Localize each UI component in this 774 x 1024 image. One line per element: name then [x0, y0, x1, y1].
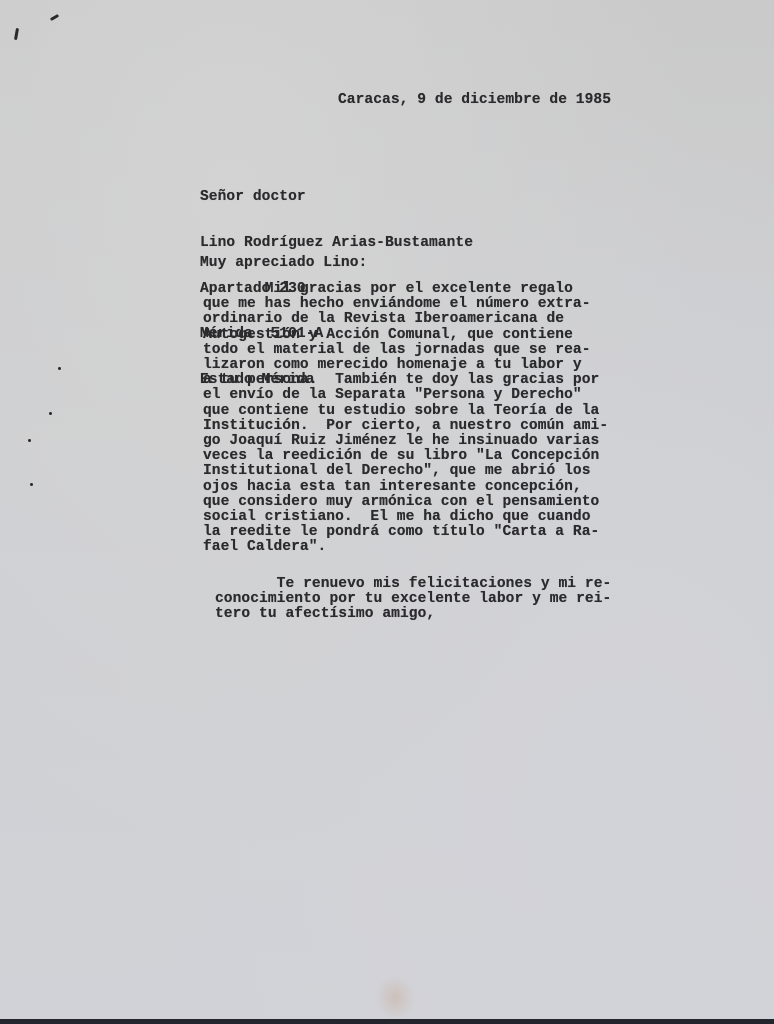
table-surface-edge	[0, 1019, 774, 1024]
paragraph-line: fael Caldera".	[203, 540, 608, 555]
ink-speck	[28, 439, 31, 442]
ink-speck	[49, 412, 52, 415]
letter-paper: Caracas, 9 de diciembre de 1985 Señor do…	[0, 0, 774, 1019]
body-paragraph: Mil gracias por el excelente regaloque m…	[203, 282, 608, 556]
ink-scratch	[14, 28, 19, 40]
paragraph-line: social cristiano. El me ha dicho que cua…	[203, 510, 608, 525]
paragraph-line: ojos hacia esta tan interesante concepci…	[203, 480, 608, 495]
paragraph-line: ordinario de la Revista Iberoamericana d…	[203, 312, 608, 327]
paragraph-line: Institución. Por cierto, a nuestro común…	[203, 419, 608, 434]
paragraph-line: Te renuevo mis felicitaciones y mi re-	[215, 577, 611, 592]
paragraph-line: Mil gracias por el excelente regalo	[203, 282, 608, 297]
ink-speck	[30, 483, 33, 486]
paragraph-line: Autogestión y Acción Comunal, que contie…	[203, 328, 608, 343]
ink-speck	[58, 367, 61, 370]
body-paragraph: Te renuevo mis felicitaciones y mi re-co…	[215, 577, 611, 623]
paper-stain	[375, 975, 415, 1020]
address-line: Lino Rodríguez Arias-Bustamante	[200, 236, 473, 251]
date-line: Caracas, 9 de diciembre de 1985	[338, 93, 611, 108]
paragraph-line: que contiene tu estudio sobre la Teoría …	[203, 404, 608, 419]
paragraph-line: todo el material de las jornadas que se …	[203, 343, 608, 358]
paragraph-line: go Joaquí Ruiz Jiménez le he insinuado v…	[203, 434, 608, 449]
address-line: Señor doctor	[200, 190, 473, 205]
ink-scratch	[50, 14, 59, 21]
paragraph-line: el envío de la Separata "Persona y Derec…	[203, 388, 608, 403]
paragraph-line: lizaron como merecido homenaje a tu labo…	[203, 358, 608, 373]
paragraph-line: tero tu afectísimo amigo,	[215, 607, 611, 622]
paragraph-line: que considero muy armónica con el pensam…	[203, 495, 608, 510]
paragraph-line: Institutional del Derecho", que me abrió…	[203, 464, 608, 479]
salutation: Muy apreciado Lino:	[200, 256, 367, 271]
